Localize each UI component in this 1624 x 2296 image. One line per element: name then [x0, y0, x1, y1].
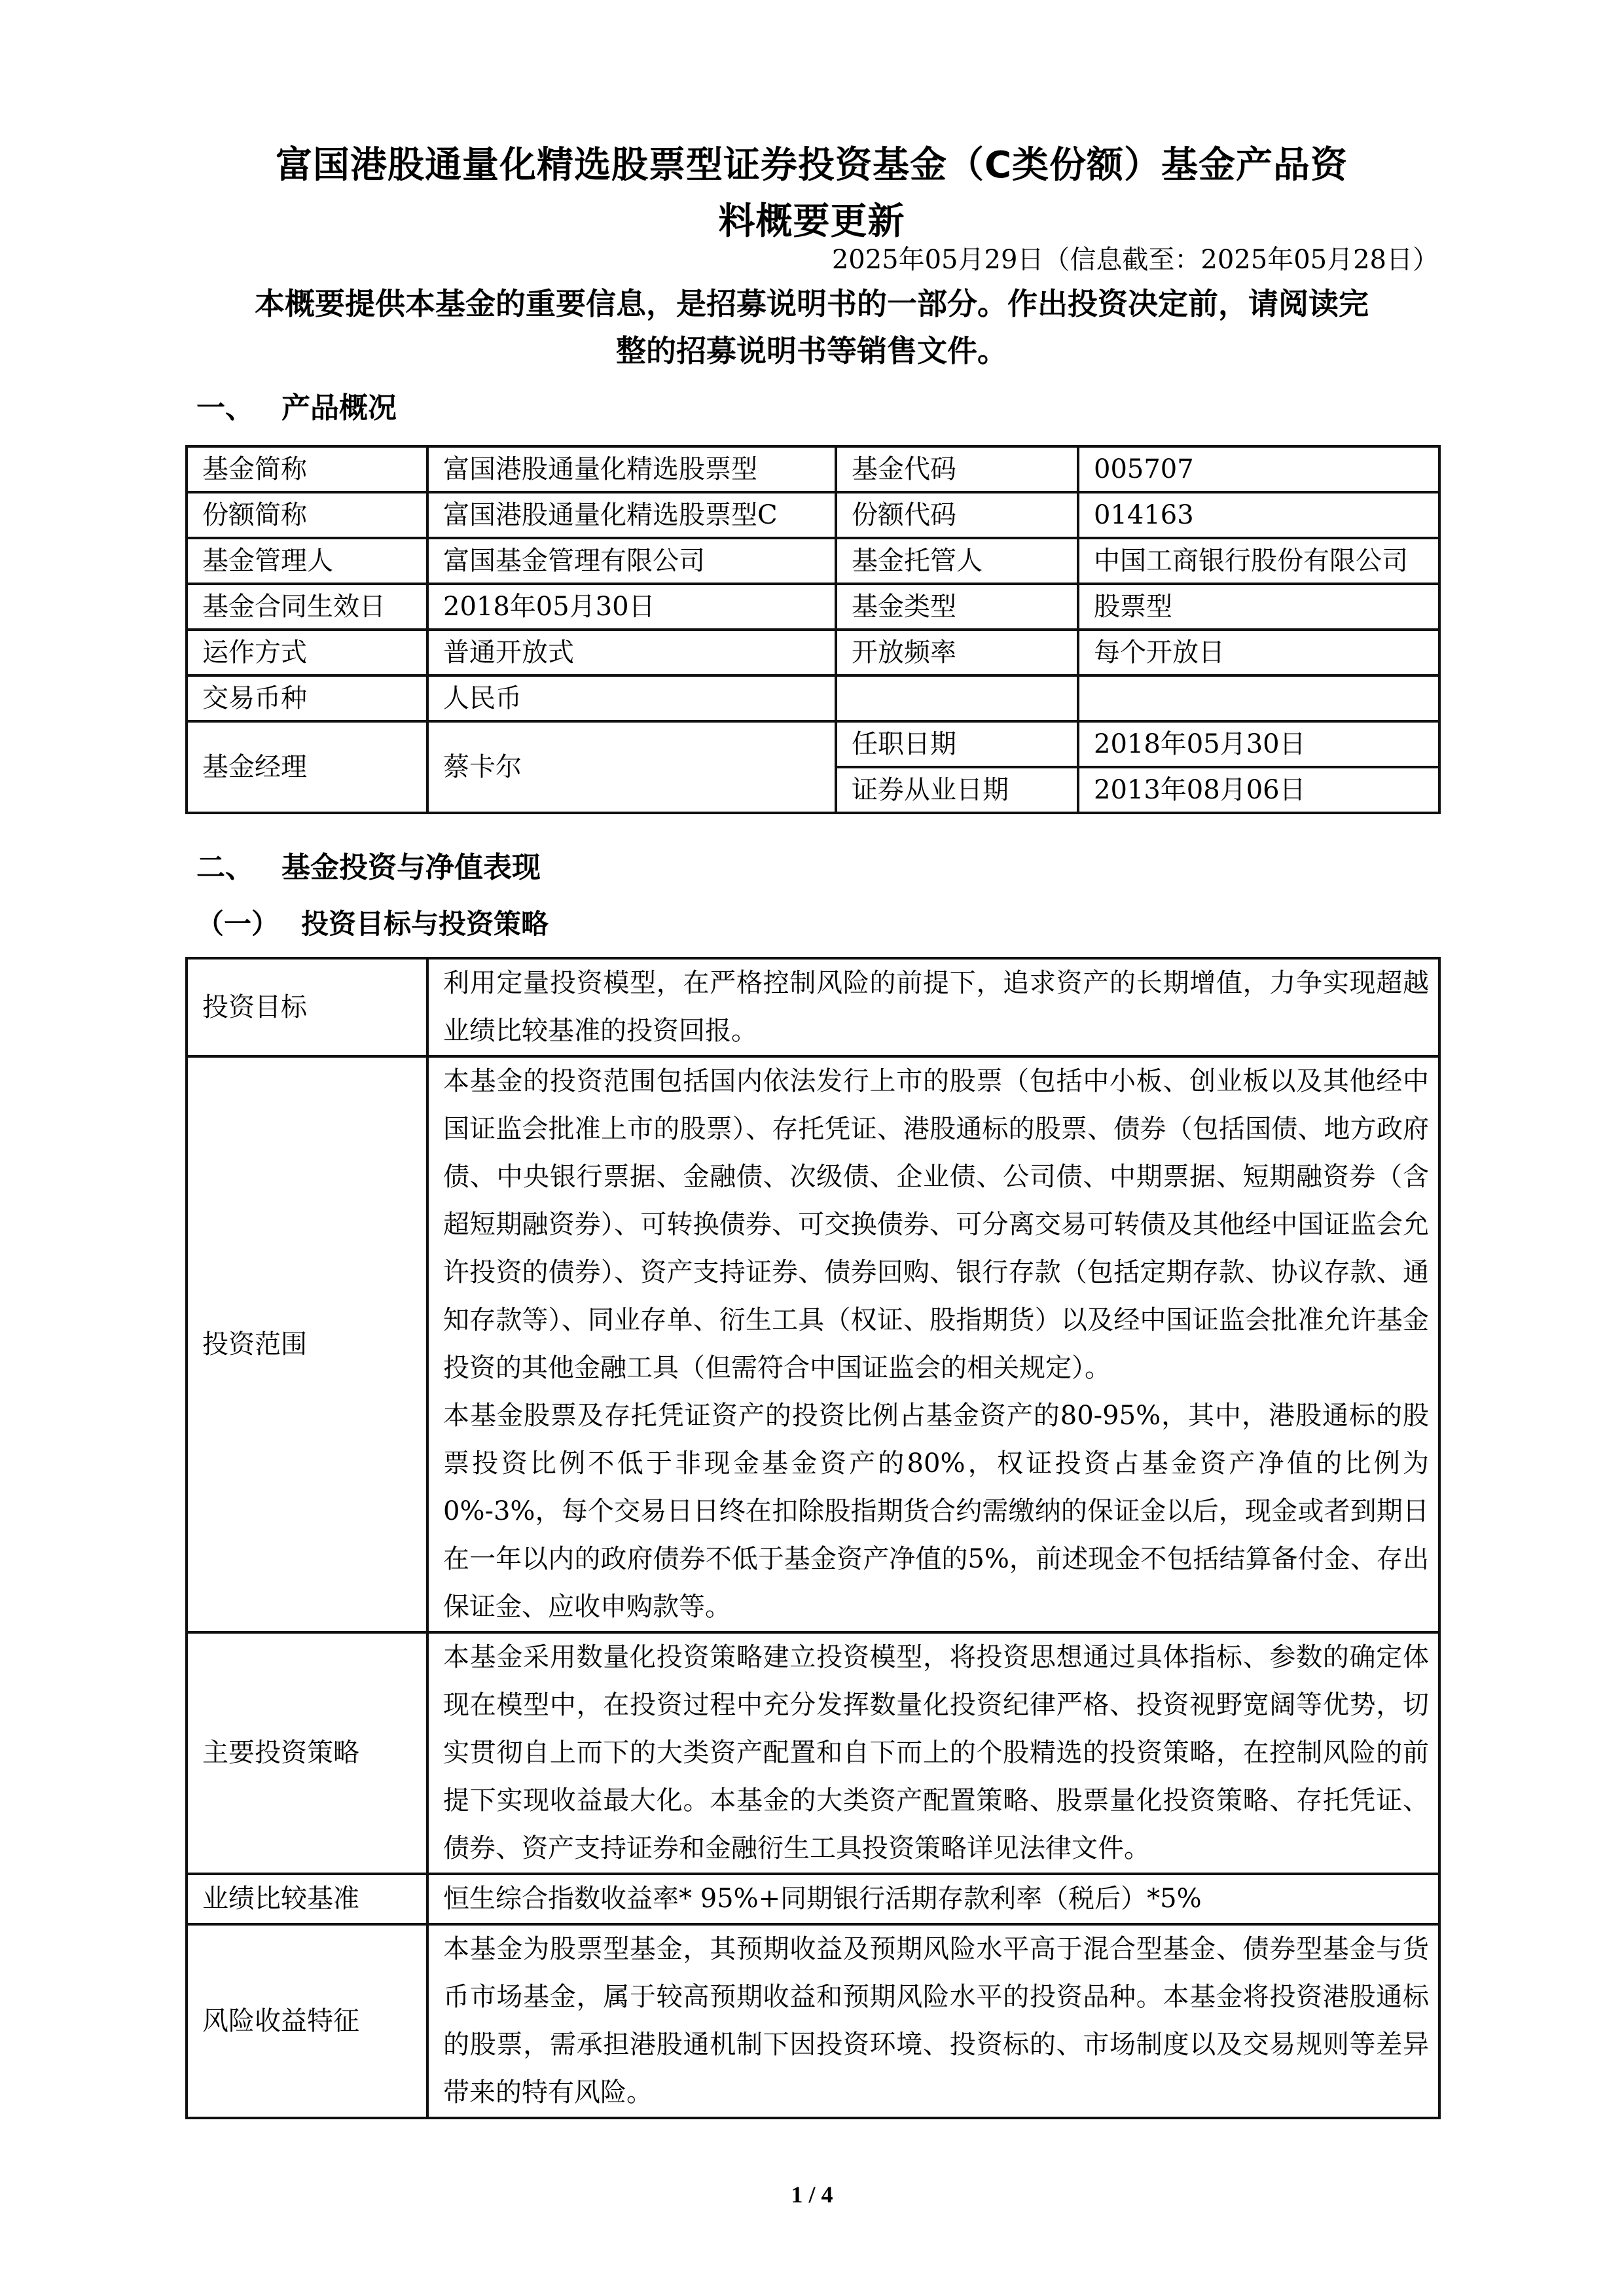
section-title: 产品概况 — [281, 391, 397, 425]
value-cell: 普通开放式 — [427, 630, 836, 675]
paragraph: 利用定量投资模型，在严格控制风险的前提下，追求资产的长期增值，力争实现超越业绩比… — [443, 960, 1429, 1055]
label-cell: 基金类型 — [836, 584, 1078, 630]
table-row: 基金简称 富国港股通量化精选股票型 基金代码 005707 — [187, 446, 1439, 492]
paragraph: 恒生综合指数收益率* 95%+同期银行活期存款利率（税后）*5% — [443, 1875, 1429, 1923]
table-row-fund-manager: 基金经理 蔡卡尔 任职日期 2018年05月30日 — [187, 721, 1439, 767]
label-cell: 交易币种 — [187, 675, 427, 721]
value-cell: 2018年05月30日 — [1078, 721, 1439, 767]
section-title: 基金投资与净值表现 — [281, 851, 541, 884]
paragraph: 本基金的投资范围包括国内依法发行上市的股票（包括中小板、创业板以及其他经中国证监… — [443, 1058, 1429, 1392]
product-overview-table: 基金简称 富国港股通量化精选股票型 基金代码 005707 份额简称 富国港股通… — [185, 445, 1441, 814]
value-cell: 005707 — [1078, 446, 1439, 492]
section-1-heading: 一、产品概况 — [196, 389, 397, 428]
section-number: 二、 — [196, 848, 281, 888]
label-cell: 主要投资策略 — [187, 1632, 427, 1874]
value-cell: 本基金采用数量化投资策略建立投资模型，将投资思想通过具体指标、参数的确定体现在模… — [427, 1632, 1439, 1874]
table-row-scope: 投资范围 本基金的投资范围包括国内依法发行上市的股票（包括中小板、创业板以及其他… — [187, 1056, 1439, 1632]
value-cell: 股票型 — [1078, 584, 1439, 630]
label-cell: 运作方式 — [187, 630, 427, 675]
value-cell: 人民币 — [427, 675, 836, 721]
label-cell: 基金托管人 — [836, 538, 1078, 584]
notice-text: 本概要提供本基金的重要信息，是招募说明书的一部分。作出投资决定前，请阅读完 整的… — [185, 280, 1438, 374]
table-row: 运作方式 普通开放式 开放频率 每个开放日 — [187, 630, 1439, 675]
document-date: 2025年05月29日（信息截至：2025年05月28日） — [832, 243, 1439, 276]
subsection-title: 投资目标与投资策略 — [301, 908, 549, 940]
label-cell: 基金经理 — [187, 721, 427, 813]
value-cell: 2018年05月30日 — [427, 584, 836, 630]
value-cell: 本基金为股票型基金，其预期收益及预期风险水平高于混合型基金、债券型基金与货币市场… — [427, 1924, 1439, 2118]
label-cell: 开放频率 — [836, 630, 1078, 675]
subsection-heading: （一）投资目标与投资策略 — [196, 905, 549, 944]
table-row: 份额简称 富国港股通量化精选股票型C 份额代码 014163 — [187, 492, 1439, 538]
paragraph: 本基金为股票型基金，其预期收益及预期风险水平高于混合型基金、债券型基金与货币市场… — [443, 1926, 1429, 2117]
table-row: 基金管理人 富国基金管理有限公司 基金托管人 中国工商银行股份有限公司 — [187, 538, 1439, 584]
notice-line-2: 整的招募说明书等销售文件。 — [185, 327, 1438, 374]
value-cell: 利用定量投资模型，在严格控制风险的前提下，追求资产的长期增值，力争实现超越业绩比… — [427, 958, 1439, 1056]
label-cell: 份额代码 — [836, 492, 1078, 538]
label-cell: 风险收益特征 — [187, 1924, 427, 2118]
section-2-heading: 二、基金投资与净值表现 — [196, 848, 541, 888]
label-cell: 基金简称 — [187, 446, 427, 492]
title-line-2: 料概要更新 — [185, 194, 1438, 250]
fund-manager-name: 蔡卡尔 — [427, 721, 836, 813]
table-row-objective: 投资目标 利用定量投资模型，在严格控制风险的前提下，追求资产的长期增值，力争实现… — [187, 958, 1439, 1056]
value-cell: 富国基金管理有限公司 — [427, 538, 836, 584]
section-number: 一、 — [196, 389, 281, 428]
value-cell: 恒生综合指数收益率* 95%+同期银行活期存款利率（税后）*5% — [427, 1874, 1439, 1924]
value-cell: 中国工商银行股份有限公司 — [1078, 538, 1439, 584]
paragraph: 本基金股票及存托凭证资产的投资比例占基金资产的80-95%，其中，港股通标的股票… — [443, 1392, 1429, 1631]
label-cell: 基金管理人 — [187, 538, 427, 584]
page-number: 1 / 4 — [0, 2181, 1624, 2208]
empty-cell — [1078, 675, 1439, 721]
table-row-benchmark: 业绩比较基准 恒生综合指数收益率* 95%+同期银行活期存款利率（税后）*5% — [187, 1874, 1439, 1924]
value-cell: 本基金的投资范围包括国内依法发行上市的股票（包括中小板、创业板以及其他经中国证监… — [427, 1056, 1439, 1632]
label-cell: 投资目标 — [187, 958, 427, 1056]
table-row-strategy: 主要投资策略 本基金采用数量化投资策略建立投资模型，将投资思想通过具体指标、参数… — [187, 1632, 1439, 1874]
value-cell: 2013年08月06日 — [1078, 767, 1439, 813]
label-cell: 证券从业日期 — [836, 767, 1078, 813]
value-cell: 富国港股通量化精选股票型 — [427, 446, 836, 492]
document-page: 富国港股通量化精选股票型证券投资基金（C类份额）基金产品资 料概要更新 2025… — [0, 0, 1624, 2296]
label-cell: 业绩比较基准 — [187, 1874, 427, 1924]
value-cell: 014163 — [1078, 492, 1439, 538]
table-row-risk: 风险收益特征 本基金为股票型基金，其预期收益及预期风险水平高于混合型基金、债券型… — [187, 1924, 1439, 2118]
title-line-1: 富国港股通量化精选股票型证券投资基金（C类份额）基金产品资 — [185, 137, 1438, 194]
label-cell: 投资范围 — [187, 1056, 427, 1632]
paragraph: 本基金采用数量化投资策略建立投资模型，将投资思想通过具体指标、参数的确定体现在模… — [443, 1634, 1429, 1873]
value-cell: 富国港股通量化精选股票型C — [427, 492, 836, 538]
label-cell: 份额简称 — [187, 492, 427, 538]
document-title: 富国港股通量化精选股票型证券投资基金（C类份额）基金产品资 料概要更新 — [185, 137, 1438, 250]
label-cell: 基金代码 — [836, 446, 1078, 492]
table-row: 基金合同生效日 2018年05月30日 基金类型 股票型 — [187, 584, 1439, 630]
label-cell: 任职日期 — [836, 721, 1078, 767]
investment-strategy-table: 投资目标 利用定量投资模型，在严格控制风险的前提下，追求资产的长期增值，力争实现… — [185, 957, 1441, 2119]
notice-line-1: 本概要提供本基金的重要信息，是招募说明书的一部分。作出投资决定前，请阅读完 — [185, 280, 1438, 327]
subsection-number: （一） — [196, 905, 301, 944]
table-row: 交易币种 人民币 — [187, 675, 1439, 721]
value-cell: 每个开放日 — [1078, 630, 1439, 675]
empty-cell — [836, 675, 1078, 721]
label-cell: 基金合同生效日 — [187, 584, 427, 630]
